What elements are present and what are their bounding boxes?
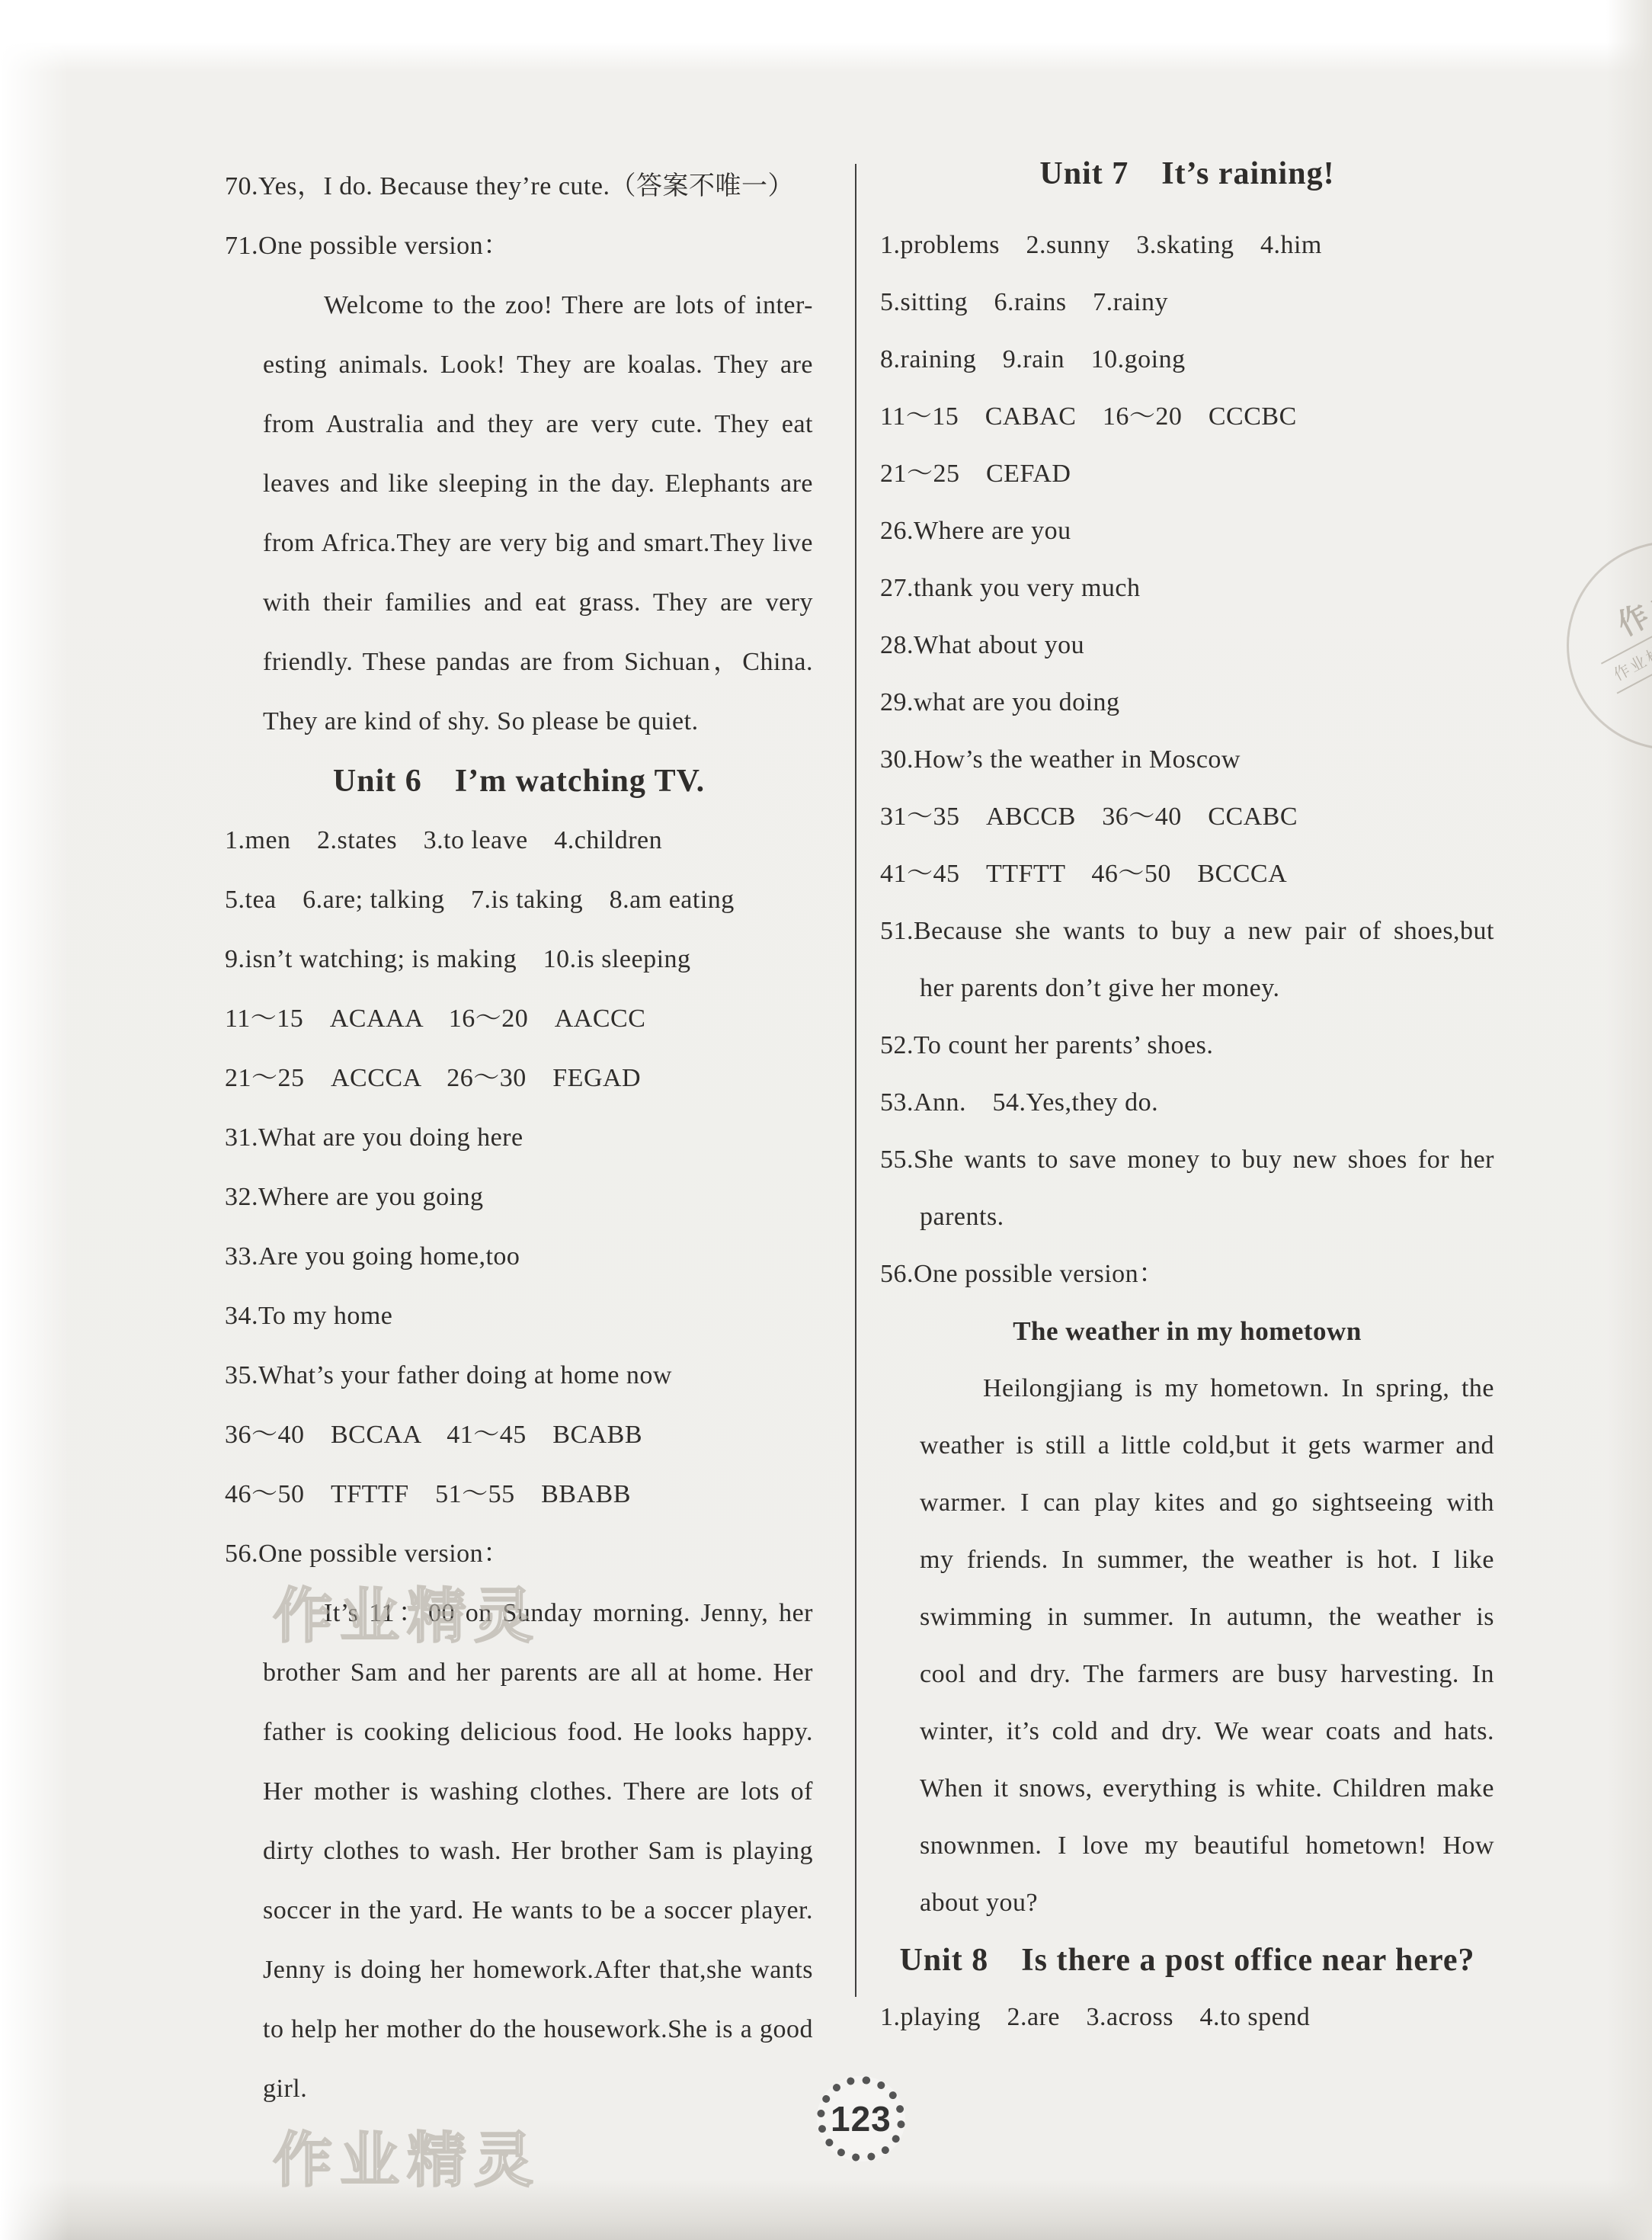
text-line: 1.playing 2.are 3.across 4.to spend	[880, 2000, 1494, 2035]
text-line: They are kind of shy. So please be quiet…	[263, 704, 813, 739]
text-line: 9.isn’t watching; is making 10.is sleepi…	[225, 942, 813, 977]
text-line: Jenny is doing her homework.After that,s…	[263, 1953, 813, 1988]
text-line: winter, it’s cold and dry. We wear coats…	[920, 1714, 1494, 1749]
text-line: 26.Where are you	[880, 514, 1494, 549]
text-line: 11～15 CABAC 16～20 CCCBC	[880, 399, 1494, 434]
text-line: father is cooking delicious food. He loo…	[263, 1715, 813, 1750]
unit-7-heading: Unit 7 It’s raining!	[880, 156, 1494, 191]
text-line: 34.To my home	[225, 1299, 813, 1334]
text-line: dirty clothes to wash. Her brother Sam i…	[263, 1834, 813, 1869]
text-line: snownmen. I love my beautiful hometown! …	[920, 1828, 1494, 1863]
text-line: 41～45 TTFTT 46～50 BCCCA	[880, 857, 1494, 892]
unit-8-heading: Unit 8 Is there a post office near here?	[880, 1943, 1494, 1978]
text-line: 21～25 ACCCA 26～30 FEGAD	[225, 1061, 813, 1096]
text-line: girl.	[263, 2072, 813, 2107]
text-line: 55.She wants to save money to buy new sh…	[880, 1142, 1494, 1178]
text-line: 70.Yes，I do. Because they’re cute.（答案不唯一…	[225, 169, 813, 204]
text-line: cool and dry. The farmers are busy harve…	[920, 1657, 1494, 1692]
text-line: 36～40 BCCAA 41～45 BCABB	[225, 1418, 813, 1453]
text-line: 52.To count her parents’ shoes.	[880, 1028, 1494, 1063]
page-edge-highlight	[0, 0, 69, 2240]
text-line: 8.raining 9.rain 10.going	[880, 342, 1494, 377]
text-line: her parents don’t give her money.	[920, 971, 1494, 1006]
text-line: 35.What’s your father doing at home now	[225, 1358, 813, 1393]
text-line: leaves and like sleeping in the day. Ele…	[263, 466, 813, 502]
text-line: esting animals. Look! They are koalas. T…	[263, 348, 813, 383]
text-line: 31.What are you doing here	[225, 1120, 813, 1155]
text-line: with their families and eat grass. They …	[263, 585, 813, 620]
text-line: parents.	[920, 1200, 1494, 1235]
essay-title: The weather in my hometown	[880, 1314, 1494, 1349]
text-line: 46～50 TFTTF 51～55 BBABB	[225, 1477, 813, 1512]
text-line: Heilongjiang is my hometown. In spring, …	[983, 1371, 1494, 1406]
text-line: warmer. I can play kites and go sightsee…	[920, 1485, 1494, 1521]
unit-6-heading: Unit 6 I’m watching TV.	[225, 764, 813, 799]
text-line: 27.thank you very much	[880, 571, 1494, 606]
text-line: 56.One possible version：	[225, 1537, 813, 1572]
text-line: 32.Where are you going	[225, 1180, 813, 1215]
text-line: 11～15 ACAAA 16～20 AACCC	[225, 1001, 813, 1037]
text-line: from Africa.They are very big and smart.…	[263, 526, 813, 561]
text-line: 51.Because she wants to buy a new pair o…	[880, 914, 1494, 949]
text-line: 1.men 2.states 3.to leave 4.children	[225, 823, 813, 858]
text-line: 31～35 ABCCB 36～40 CCABC	[880, 800, 1494, 835]
text-line: 28.What about you	[880, 628, 1494, 663]
text-line: friendly. These pandas are from Sichuan，…	[263, 645, 813, 680]
text-line: 53.Ann. 54.Yes,they do.	[880, 1085, 1494, 1120]
text-line: Welcome to the zoo! There are lots of in…	[324, 288, 813, 323]
page-edge-shadow	[1606, 0, 1652, 2240]
text-line: weather is still a little cold,but it ge…	[920, 1428, 1494, 1463]
page-number: 123	[831, 2098, 892, 2139]
text-line: brother Sam and her parents are all at h…	[263, 1655, 813, 1690]
text-line: 56.One possible version：	[880, 1257, 1494, 1292]
text-line: 30.How’s the weather in Moscow	[880, 742, 1494, 777]
text-line: about you?	[920, 1886, 1494, 1921]
text-line: from Australia and they are very cute. T…	[263, 407, 813, 442]
text-line: 33.Are you going home,too	[225, 1239, 813, 1274]
text-line: my friends. In summer, the weather is ho…	[920, 1543, 1494, 1578]
column-divider-rule	[855, 164, 856, 1997]
text-line: to help her mother do the housework.She …	[263, 2012, 813, 2047]
text-line: 5.tea 6.are; talking 7.is taking 8.am ea…	[225, 883, 813, 918]
page-number-badge: 123	[812, 2070, 911, 2167]
text-line: swimming in summer. In autumn, the weath…	[920, 1600, 1494, 1635]
watermark-text: 作业精灵	[273, 2113, 541, 2198]
text-line: 5.sitting 6.rains 7.rainy	[880, 285, 1494, 320]
text-line: When it snows, everything is white. Chil…	[920, 1771, 1494, 1806]
text-line: 29.what are you doing	[880, 685, 1494, 720]
text-line: Her mother is washing clothes. There are…	[263, 1774, 813, 1809]
text-line: soccer in the yard. He wants to be a soc…	[263, 1893, 813, 1928]
text-line: 71.One possible version：	[225, 229, 813, 264]
stamp-text-top: 作业	[1609, 572, 1652, 644]
text-line: 1.problems 2.sunny 3.skating 4.him	[880, 228, 1494, 263]
text-line: 21～25 CEFAD	[880, 457, 1494, 492]
watermark-text: 作业精灵	[273, 1569, 541, 1654]
scanned-answer-page: 70.Yes，I do. Because they’re cute.（答案不唯一…	[0, 0, 1652, 2240]
